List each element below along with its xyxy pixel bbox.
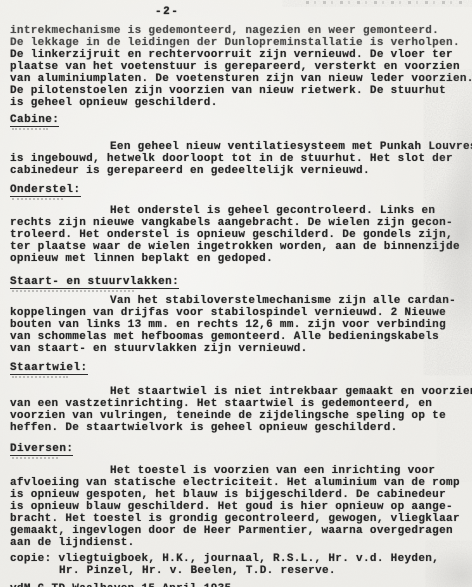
document-line: van aluminiumplaten. De voetensturen zij… (10, 73, 472, 85)
document-line: gemaakt, ingevlogen door de Heer Parment… (10, 525, 472, 537)
document-line: Het staartwiel is niet intrekbaar gemaak… (10, 386, 472, 398)
document-line: De pilotenstoelen zijn voorzien van nieu… (10, 85, 472, 97)
document-line: opnieuw met linnen beplakt en gedoped. (10, 253, 472, 265)
section-heading-diversen: Diversen: (10, 443, 73, 456)
document-line: plaatse van het voetenstuur is gereparee… (10, 61, 472, 73)
document-line: Hr. Pinzel, Hr. v. Beelen, T.D. reserve. (10, 565, 472, 577)
paragraph-staart-stuurvlakken: Van het stabiloverstelmechanisme zijn al… (10, 295, 472, 355)
section-staartwiel: Staartwiel: (10, 360, 472, 375)
document-content: -2- intrekmechanisme is gedemonteerd, na… (10, 0, 472, 587)
document-line: Van het stabiloverstelmechanisme zijn al… (10, 295, 472, 307)
document-line: heffen. De staartwielvork is geheel opni… (10, 422, 472, 434)
document-line: De linkerzijruit en rechtervoorruit zijn… (10, 49, 472, 61)
document-line: Een geheel nieuw ventilatiesysteem met P… (10, 141, 472, 153)
document-line: bracht. Het toestel is grondig gecontrol… (10, 513, 472, 525)
document-line: is ingebouwd, hetwelk doorloopt tot in d… (10, 153, 472, 165)
document-line: vdM.G.TD.Waalhaven 15 April 1935. (10, 583, 472, 587)
document-line: is opnieuw gespoten, het blauw is bijges… (10, 489, 472, 501)
section-heading-onderstel: Onderstel: (10, 184, 81, 197)
section-staart-stuurvlakken: Staart- en stuurvlakken: (10, 274, 472, 289)
section-heading-cabine: Cabine: (10, 114, 59, 127)
scanned-document-page: -2- intrekmechanisme is gedemonteerd, na… (0, 0, 472, 587)
document-line: rechts zijn nieuwe vangkabels aangebrach… (10, 217, 472, 229)
signature-dateline: vdM.G.TD.Waalhaven 15 April 1935. (10, 583, 472, 587)
document-line: van een vastzetinrichting. Het staartwie… (10, 398, 472, 410)
document-line: intrekmechanisme is gedemonteerd, nagezi… (10, 25, 472, 37)
section-heading-staartwiel: Staartwiel: (10, 362, 88, 375)
copy-distribution-list: copie: vliegtuigboek, H.K., journaal, R.… (10, 553, 472, 577)
document-line: van schommelas met hefboomas gemonteerd.… (10, 331, 472, 343)
document-line: van staart- en stuurvlakken zijn vernieu… (10, 343, 472, 355)
document-line: ter plaatse waar de wielen ingetrokken w… (10, 241, 472, 253)
document-line: De lekkage in de leidingen der Dunloprem… (10, 37, 472, 49)
section-onderstel: Onderstel: (10, 182, 472, 197)
paragraph-cabine: Een geheel nieuw ventilatiesysteem met P… (10, 141, 472, 177)
document-line: is opnieuw blauw geschilderd. Het goud i… (10, 501, 472, 513)
document-line: bouten van links 13 mm. en rechts 12,6 m… (10, 319, 472, 331)
paragraph-onderstel: Het onderstel is geheel gecontroleerd. L… (10, 205, 472, 265)
document-line: troleerd. Het onderstel is opnieuw gesch… (10, 229, 472, 241)
document-line: koppelingen van drijfas voor stabilospin… (10, 307, 472, 319)
section-heading-staart-stuurvlakken: Staart- en stuurvlakken: (10, 276, 179, 289)
paragraph-staartwiel: Het staartwiel is niet intrekbaar gemaak… (10, 386, 472, 434)
page-number: -2- (155, 6, 472, 18)
document-line: Het toestel is voorzien van een inrichti… (10, 465, 472, 477)
document-line: Het onderstel is geheel gecontroleerd. L… (10, 205, 472, 217)
document-line: cabinedeur is gerepareerd en gedeeltelij… (10, 165, 472, 177)
document-line: copie: vliegtuigboek, H.K., journaal, R.… (10, 553, 472, 565)
paragraph-diversen: Het toestel is voorzien van een inrichti… (10, 465, 472, 549)
paragraph-intro-continuation: intrekmechanisme is gedemonteerd, nagezi… (10, 25, 472, 109)
section-diversen: Diversen: (10, 441, 472, 456)
section-cabine: Cabine: (10, 112, 472, 127)
document-line: voorzien van vulringen, teneinde de zijd… (10, 410, 472, 422)
document-line: aan de lijndienst. (10, 537, 472, 549)
document-line: is geheel opnieuw geschilderd. (10, 97, 472, 109)
document-line: afvloeiing van statische electriciteit. … (10, 477, 472, 489)
